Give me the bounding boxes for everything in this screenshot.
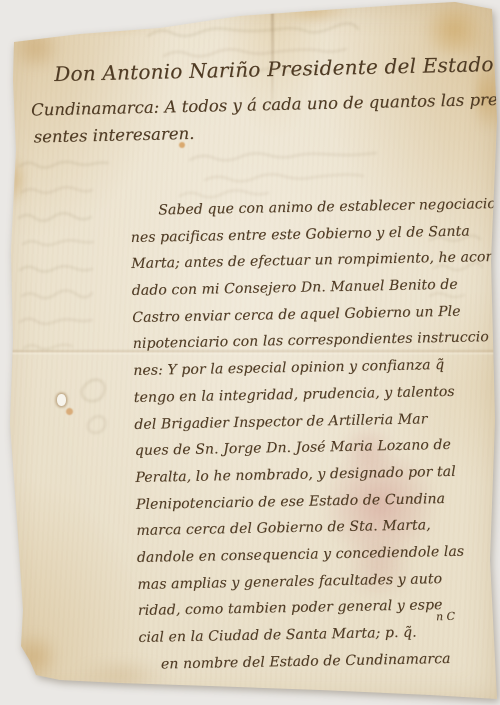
paper-hole [57, 394, 66, 406]
foxing-dot [66, 408, 73, 415]
top-right-corner-stain [416, 6, 492, 54]
manuscript-page: Don Antonio Nariño Presidente del Estado… [0, 0, 500, 705]
document-body: Sabed que con animo de establecer negoci… [130, 191, 500, 678]
manuscript-page-wrapper: Don Antonio Nariño Presidente del Estado… [0, 0, 500, 705]
left-edge-stain [2, 148, 24, 212]
document-header: Don Antonio Nariño Presidente del Estado… [54, 51, 500, 146]
top-edge-stain [40, 0, 190, 28]
photo-background: Don Antonio Nariño Presidente del Estado… [0, 0, 500, 705]
interline-note: n C [436, 610, 455, 623]
bottom-left-corner-stain [12, 628, 56, 686]
